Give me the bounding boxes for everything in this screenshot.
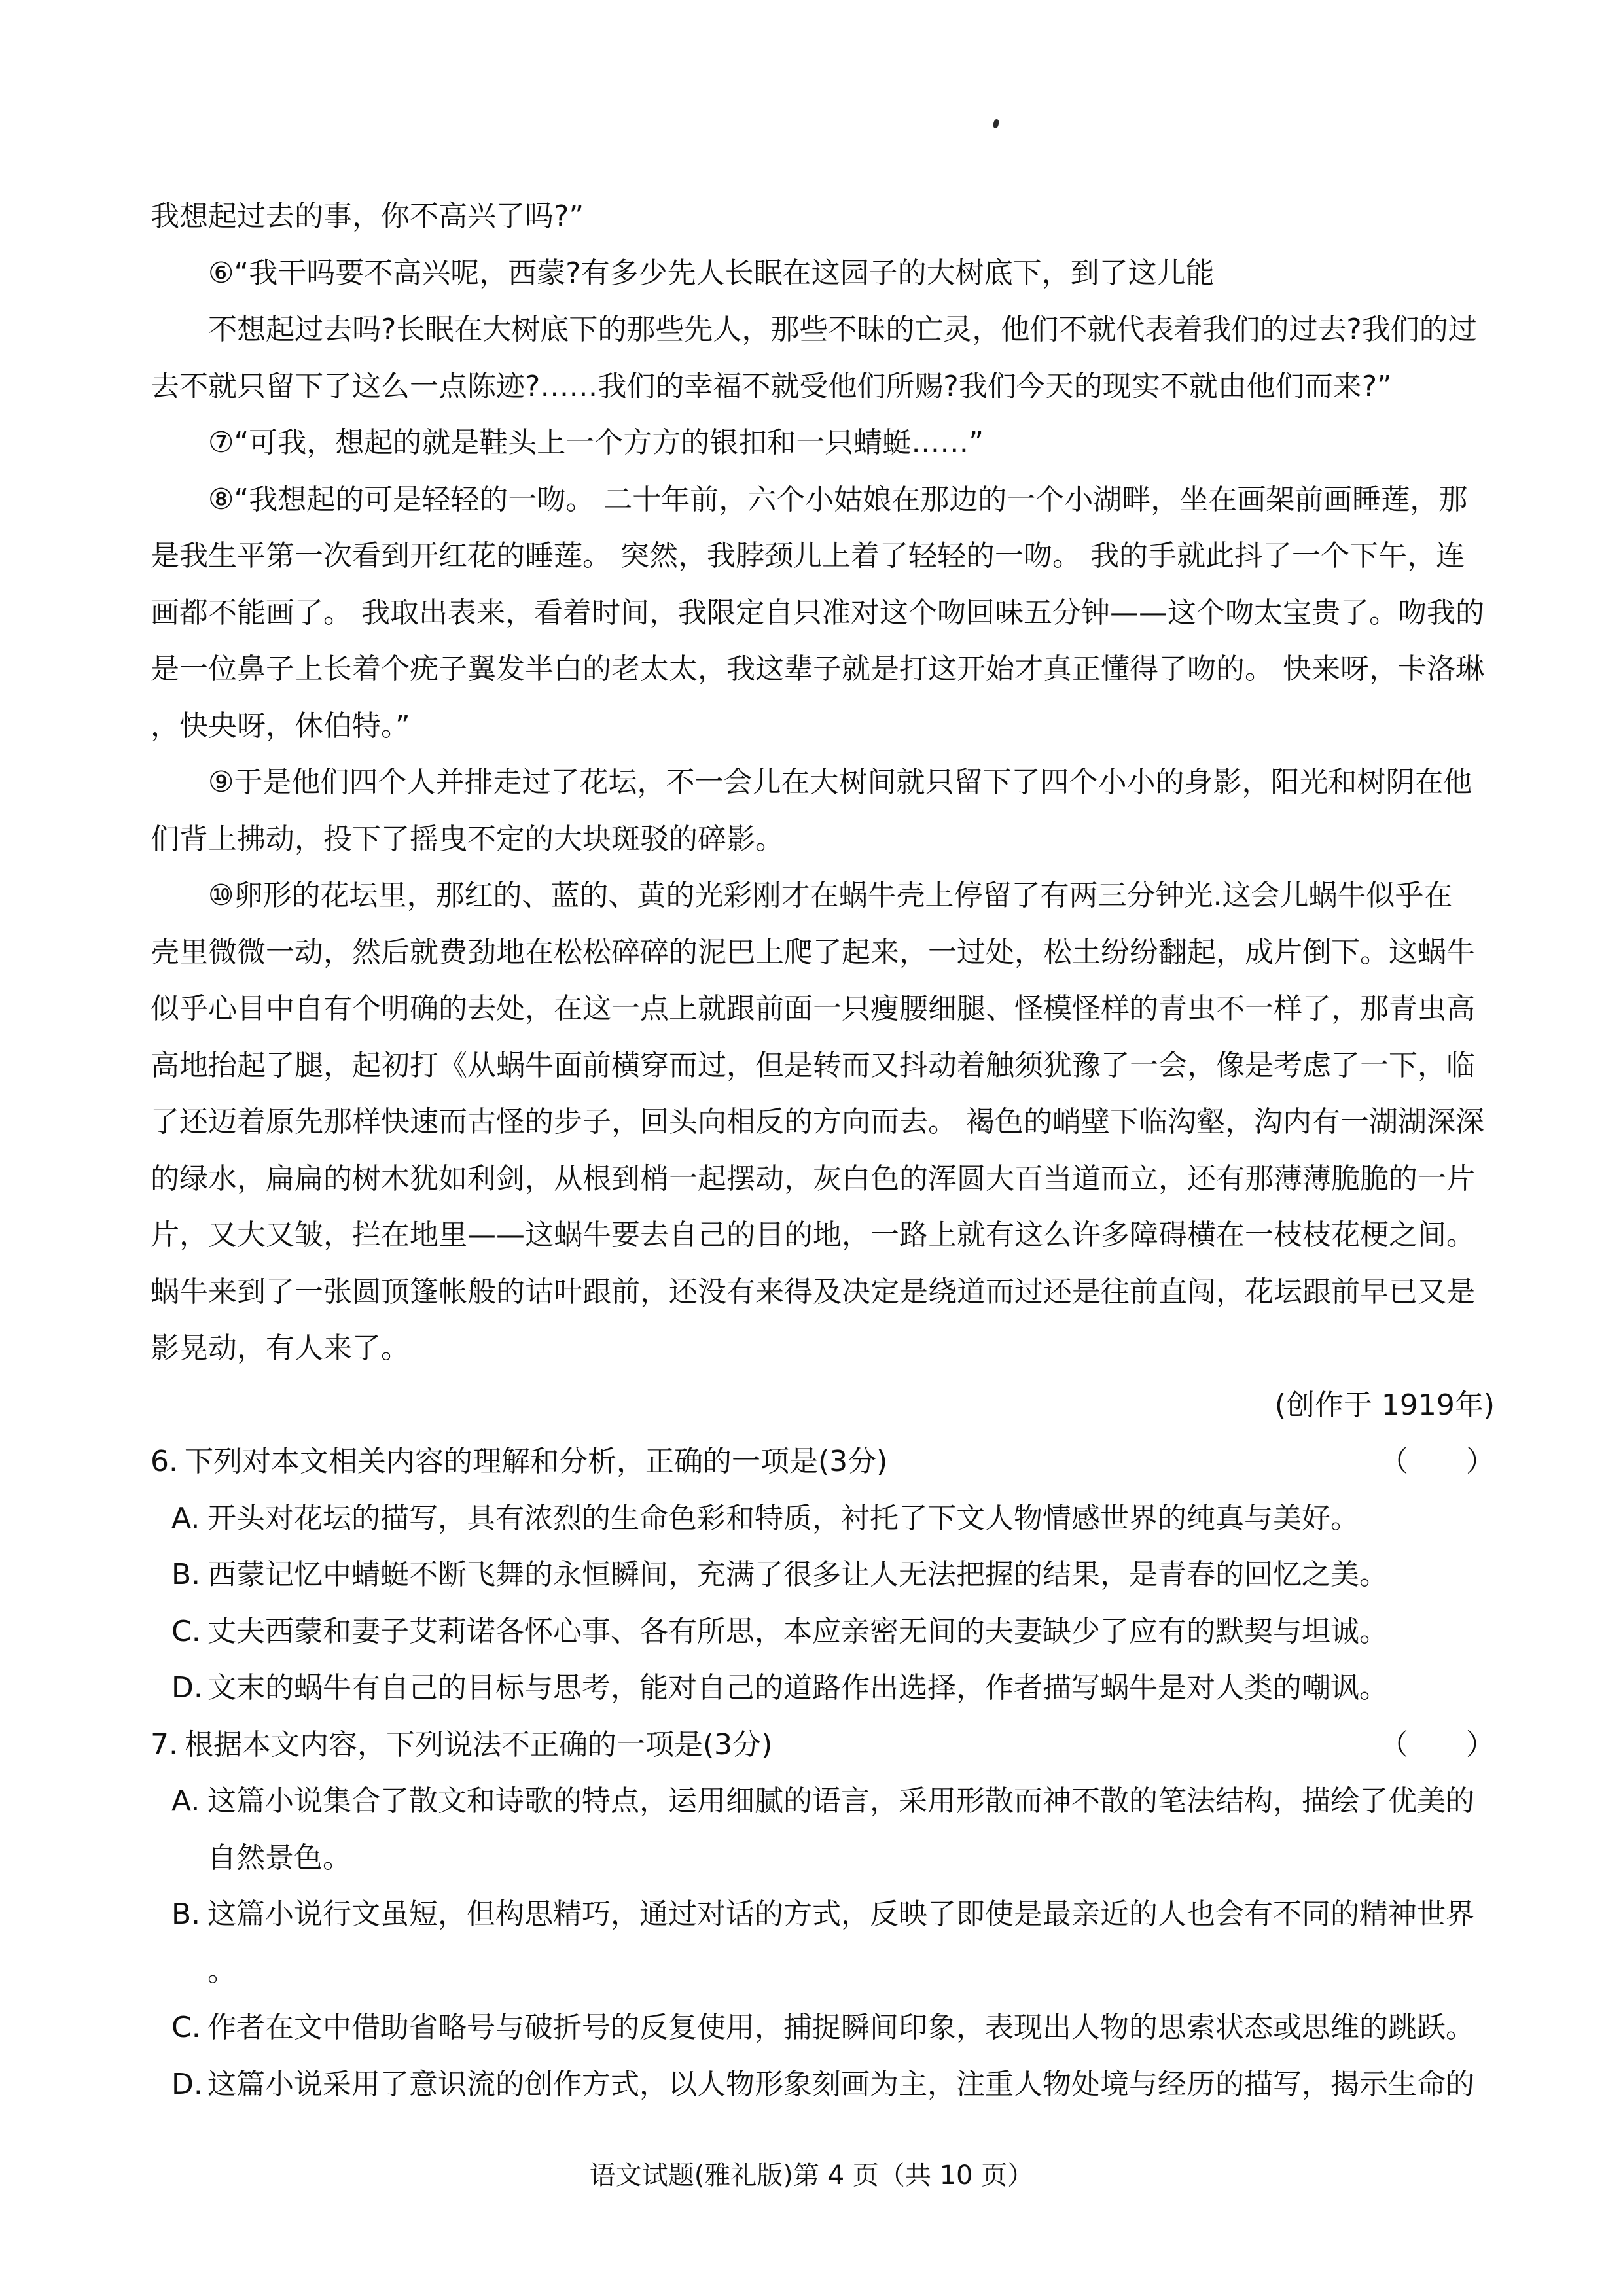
- attribution-line: (创作于 1919年): [151, 1377, 1495, 1434]
- question-number: 6.: [151, 1445, 178, 1478]
- option-c: C. 丈夫西蒙和妻子艾莉诺各怀心事、各有所思，本应亲密无间的夫妻缺少了应有的默契…: [171, 1604, 1495, 1661]
- option-text-line: 西蒙记忆中蜻蜓不断飞舞的永恒瞬间，充满了很多让人无法把握的结果，是青春的回忆之美…: [207, 1547, 1495, 1604]
- passage-line: ⑨于是他们四个人并排走过了花坛，不一会儿在大树间就只留下了四个小小的身影，阳光和…: [151, 754, 1495, 811]
- question-6-stem-row: 6.下列对本文相关内容的理解和分析，正确的一项是(3分) （ ）: [151, 1434, 1495, 1491]
- passage-line: 似乎心目中自有个明确的去处，在这一点上就跟前面一只瘦腰细腿、怪模怪样的青虫不一样…: [151, 981, 1495, 1038]
- option-label: D.: [171, 1660, 207, 1717]
- option-d: D. 文末的蜗牛有自己的目标与思考，能对自己的道路作出选择，作者描写蜗牛是对人类…: [171, 1660, 1495, 1717]
- option-text-line: 。: [207, 1943, 1495, 2000]
- passage-line: 了还迈着原先那样快速而古怪的步子，回头向相反的方向而去。 褐色的峭壁下临沟壑，沟…: [151, 1094, 1495, 1151]
- passage-line: 高地抬起了腿，起初打《从蜗牛面前横穿而过，但是转而又抖动着触须犹豫了一会，像是考…: [151, 1038, 1495, 1095]
- passage-line: ，快央呀，休伯特。”: [151, 698, 1495, 755]
- passage-line: 影晃动，有人来了。: [151, 1320, 1495, 1377]
- passage-line: 的绿水，扁扁的树木犹如利剑，从根到梢一起摆动，灰白色的浑圆大百当道而立，还有那薄…: [151, 1151, 1495, 1208]
- passage-line: ⑦“可我，想起的就是鞋头上一个方方的银扣和一只蜻蜓……”: [151, 415, 1495, 472]
- passage-line: 去不就只留下了这么一点陈迹?……我们的幸福不就受他们所赐?我们今天的现实不就由他…: [151, 359, 1495, 415]
- question-7-stem-row: 7.根据本文内容，下列说法不正确的一项是(3分) （ ）: [151, 1717, 1495, 1774]
- question-stem-text: 下列对本文相关内容的理解和分析，正确的一项是(3分): [185, 1445, 887, 1478]
- passage-line: 不想起过去吗?长眠在大树底下的那些先人，那些不昧的亡灵，他们不就代表着我们的过去…: [151, 302, 1495, 359]
- question-stem-text: 根据本文内容，下列说法不正确的一项是(3分): [185, 1728, 772, 1761]
- option-text-line: 自然景色。: [207, 1830, 1495, 1887]
- passage-line: 我想起过去的事，你不高兴了吗?”: [151, 188, 1495, 245]
- option-label: B.: [171, 1886, 207, 1943]
- option-d: D. 这篇小说采用了意识流的创作方式，以人物形象刻画为主，注重人物处境与经历的描…: [171, 2057, 1495, 2113]
- question-6: 6.下列对本文相关内容的理解和分析，正确的一项是(3分) （ ） A. 开头对花…: [151, 1434, 1495, 1717]
- option-text-line: 这篇小说集合了散文和诗歌的特点，运用细腻的语言，采用形散而神不散的笔法结构，描绘…: [207, 1773, 1495, 1830]
- passage-line: 是一位鼻子上长着个疣子翼发半白的老太太，我这辈子就是打这开始才真正懂得了吻的。 …: [151, 641, 1495, 698]
- reading-passage: 我想起过去的事，你不高兴了吗?” ⑥“我干吗要不高兴呢，西蒙?有多少先人长眠在这…: [151, 188, 1495, 1434]
- question-stem: 7.根据本文内容，下列说法不正确的一项是(3分): [151, 1717, 772, 1774]
- passage-line: ⑥“我干吗要不高兴呢，西蒙?有多少先人长眠在这园子的大树底下，到了这儿能: [151, 245, 1495, 302]
- option-label: C.: [171, 2000, 207, 2057]
- option-a: A. 开头对花坛的描写，具有浓烈的生命色彩和特质，衬托了下文人物情感世界的纯真与…: [171, 1491, 1495, 1547]
- option-label: C.: [171, 1604, 207, 1661]
- option-c: C. 作者在文中借助省略号与破折号的反复使用，捕捉瞬间印象，表现出人物的思索状态…: [171, 2000, 1495, 2057]
- question-number: 7.: [151, 1728, 178, 1761]
- passage-line: 蜗牛来到了一张圆顶篷帐般的诂叶跟前，还没有来得及决定是绕道而过还是往前直闯，花坛…: [151, 1264, 1495, 1321]
- answer-brackets: （ ）: [1380, 1717, 1495, 1774]
- option-text-line: 开头对花坛的描写，具有浓烈的生命色彩和特质，衬托了下文人物情感世界的纯真与美好。: [207, 1491, 1495, 1547]
- option-b: B. 这篇小说行文虽短，但构思精巧，通过对话的方式，反映了即使是最亲近的人也会有…: [171, 1886, 1495, 2000]
- option-label: D.: [171, 2057, 207, 2113]
- passage-line: 画都不能画了。 我取出表来，看着时间，我限定自只准对这个吻回味五分钟——这个吻太…: [151, 585, 1495, 642]
- page-content: 我想起过去的事，你不高兴了吗?” ⑥“我干吗要不高兴呢，西蒙?有多少先人长眠在这…: [151, 188, 1495, 2113]
- passage-line: ⑩卵形的花坛里，那红的、蓝的、黄的光彩刚才在蜗牛壳上停留了有两三分钟光.这会儿蜗…: [151, 868, 1495, 925]
- option-text-line: 这篇小说行文虽短，但构思精巧，通过对话的方式，反映了即使是最亲近的人也会有不同的…: [207, 1886, 1495, 1943]
- option-a: A. 这篇小说集合了散文和诗歌的特点，运用细腻的语言，采用形散而神不散的笔法结构…: [171, 1773, 1495, 1886]
- option-text-line: 丈夫西蒙和妻子艾莉诺各怀心事、各有所思，本应亲密无间的夫妻缺少了应有的默契与坦诚…: [207, 1604, 1495, 1661]
- passage-line: 壳里微微一动，然后就费劲地在松松碎碎的泥巴上爬了起来，一过处，松土纷纷翻起，成片…: [151, 925, 1495, 981]
- passage-line: 片，又大又皱，拦在地里——这蜗牛要去自己的目的地，一路上就有这么许多障碍横在一枝…: [151, 1207, 1495, 1264]
- option-label: B.: [171, 1547, 207, 1604]
- answer-brackets: （ ）: [1380, 1434, 1495, 1491]
- passage-line: 是我生平第一次看到开红花的睡莲。 突然，我脖颈儿上着了轻轻的一吻。 我的手就此抖…: [151, 528, 1495, 585]
- question-stem: 6.下列对本文相关内容的理解和分析，正确的一项是(3分): [151, 1434, 887, 1491]
- option-label: A.: [171, 1773, 207, 1830]
- option-label: A.: [171, 1491, 207, 1547]
- passage-line: 们背上拂动，投下了摇曳不定的大块斑驳的碎影。: [151, 811, 1495, 868]
- ink-speck: [993, 118, 1000, 128]
- page-footer: 语文试题(雅礼版)第 4 页（共 10 页）: [0, 2156, 1623, 2195]
- option-text-line: 文末的蜗牛有自己的目标与思考，能对自己的道路作出选择，作者描写蜗牛是对人类的嘲讽…: [207, 1660, 1495, 1717]
- option-text-line: 作者在文中借助省略号与破折号的反复使用，捕捉瞬间印象，表现出人物的思索状态或思维…: [207, 2000, 1495, 2057]
- exam-page: 我想起过去的事，你不高兴了吗?” ⑥“我干吗要不高兴呢，西蒙?有多少先人长眠在这…: [0, 0, 1623, 2296]
- question-7: 7.根据本文内容，下列说法不正确的一项是(3分) （ ） A. 这篇小说集合了散…: [151, 1717, 1495, 2113]
- option-b: B. 西蒙记忆中蜻蜓不断飞舞的永恒瞬间，充满了很多让人无法把握的结果，是青春的回…: [171, 1547, 1495, 1604]
- passage-line: ⑧“我想起的可是轻轻的一吻。 二十年前，六个小姑娘在那边的一个小湖畔，坐在画架前…: [151, 472, 1495, 529]
- option-text-line: 这篇小说采用了意识流的创作方式，以人物形象刻画为主，注重人物处境与经历的描写，揭…: [207, 2057, 1495, 2113]
